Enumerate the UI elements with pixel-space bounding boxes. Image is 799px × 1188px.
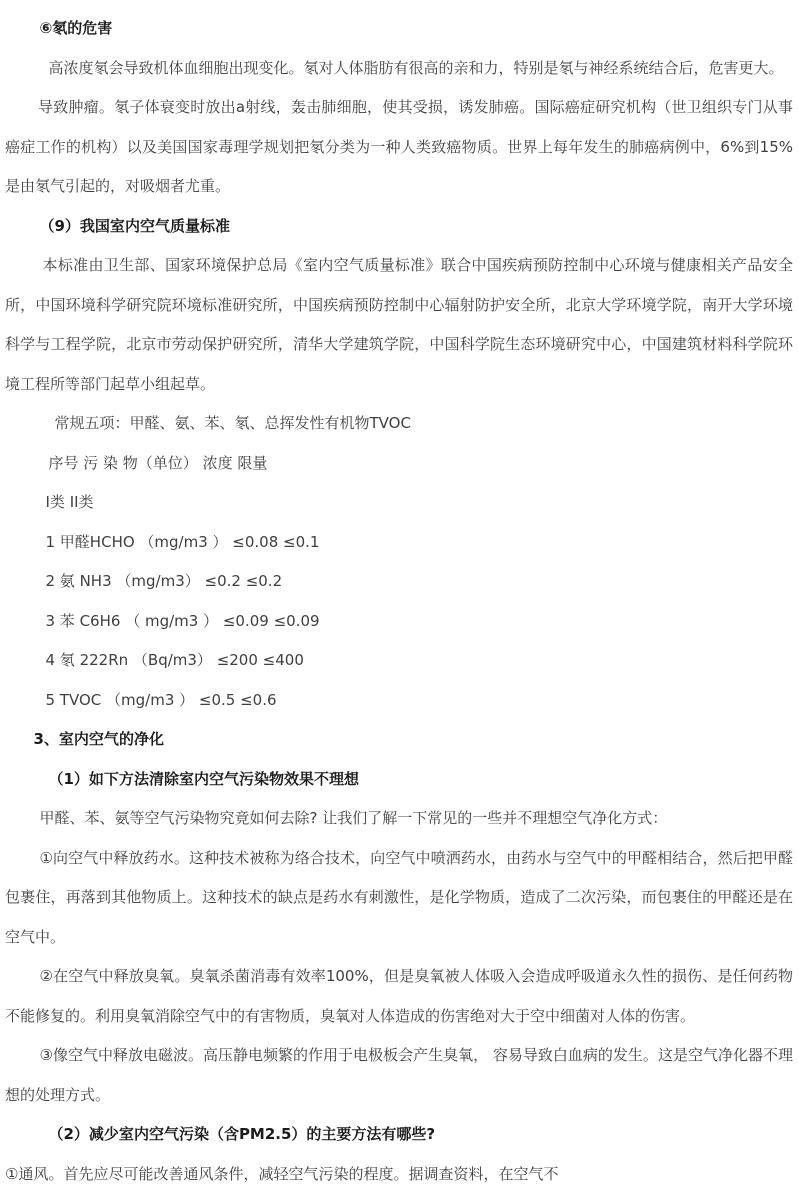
paragraph: 2 氨 NH3 （mg/m3） ≤0.2 ≤0.2	[5, 562, 793, 602]
paragraph: 甲醛、苯、氨等空气污染物究竟如何去除? 让我们了解一下常见的一些并不理想空气净化…	[5, 799, 793, 839]
section-heading: （2）减少室内空气污染（含PM2.5）的主要方法有哪些?	[5, 1115, 793, 1155]
section-heading: （1）如下方法清除室内空气污染物效果不理想	[5, 760, 793, 800]
document-page: { "page": { "background_color": "#ffffff…	[0, 0, 799, 1188]
paragraph: ①通风。首先应尽可能改善通风条件，减轻空气污染的程度。据调查资料，在空气不	[5, 1155, 793, 1188]
paragraph: 导致肿瘤。氡子体衰变时放出a射线，轰击肺细胞，使其受损，诱发肺癌。国际癌症研究机…	[5, 88, 793, 207]
document-body: ⑥氡的危害高浓度氡会导致机体血细胞出现变化。氡对人体脂肪有很高的亲和力，特别是氡…	[0, 0, 799, 1188]
paragraph: ②在空气中释放臭氧。臭氧杀菌消毒有效率100%，但是臭氧被人体吸入会造成呼吸道永…	[5, 957, 793, 1036]
paragraph: 4 氡 222Rn （Bq/m3） ≤200 ≤400	[5, 641, 793, 681]
section-heading: （9）我国室内空气质量标准	[5, 207, 793, 247]
paragraph: I类 II类	[5, 483, 793, 523]
paragraph: 1 甲醛HCHO （mg/m3 ） ≤0.08 ≤0.1	[5, 523, 793, 563]
section-heading: 3、室内空气的净化	[5, 720, 793, 760]
paragraph: 3 苯 C6H6 （ mg/m3 ） ≤0.09 ≤0.09	[5, 602, 793, 642]
paragraph: ③像空气中释放电磁波。高压静电频繁的作用于电极板会产生臭氧， 容易导致白血病的发…	[5, 1036, 793, 1115]
paragraph: 本标准由卫生部、国家环境保护总局《室内空气质量标准》联合中国疾病预防控制中心环境…	[5, 246, 793, 404]
paragraph: 5 TVOC （mg/m3 ） ≤0.5 ≤0.6	[5, 681, 793, 721]
section-heading: ⑥氡的危害	[5, 9, 793, 49]
paragraph: 序号 污 染 物（单位） 浓度 限量	[5, 444, 793, 484]
paragraph: 高浓度氡会导致机体血细胞出现变化。氡对人体脂肪有很高的亲和力，特别是氡与神经系统…	[5, 49, 793, 89]
paragraph: ①向空气中释放药水。这种技术被称为络合技术，向空气中喷洒药水，由药水与空气中的甲…	[5, 839, 793, 958]
paragraph: 常规五项：甲醛、氨、苯、氡、总挥发性有机物TVOC	[5, 404, 793, 444]
